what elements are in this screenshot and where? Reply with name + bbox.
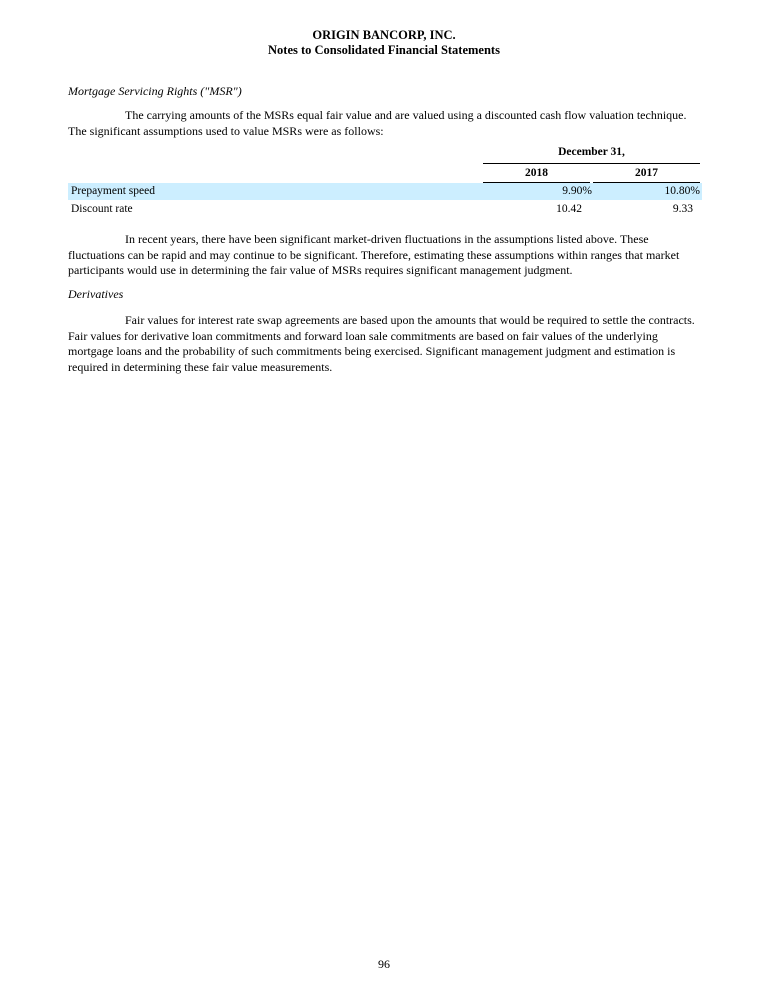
row-value-2018: 10.42 <box>556 201 582 218</box>
table-group-header: December 31, <box>483 146 700 158</box>
document-subtitle: Notes to Consolidated Financial Statemen… <box>0 43 768 58</box>
row-label: Discount rate <box>71 201 133 218</box>
column-header-2017: 2017 <box>593 167 700 179</box>
column-header-2018: 2018 <box>483 167 590 179</box>
table-row: Prepayment speed 9.90% 10.80% <box>68 183 702 200</box>
section-heading-derivatives: Derivatives <box>68 287 123 302</box>
row-label: Prepayment speed <box>71 183 155 200</box>
msr-intro-paragraph: The carrying amounts of the MSRs equal f… <box>68 108 702 139</box>
derivatives-paragraph: Fair values for interest rate swap agree… <box>68 313 702 375</box>
msr-fluctuation-paragraph: In recent years, there have been signifi… <box>68 232 702 279</box>
company-name: ORIGIN BANCORP, INC. <box>0 28 768 43</box>
group-header-rule <box>483 163 700 164</box>
row-value-2017: 9.33 <box>673 201 693 218</box>
table-row: Discount rate 10.42 9.33 <box>68 201 702 218</box>
page-number: 96 <box>0 957 768 972</box>
section-heading-msr: Mortgage Servicing Rights ("MSR") <box>68 84 242 99</box>
row-value-2018: 9.90% <box>562 183 592 200</box>
row-value-2017: 10.80% <box>665 183 700 200</box>
